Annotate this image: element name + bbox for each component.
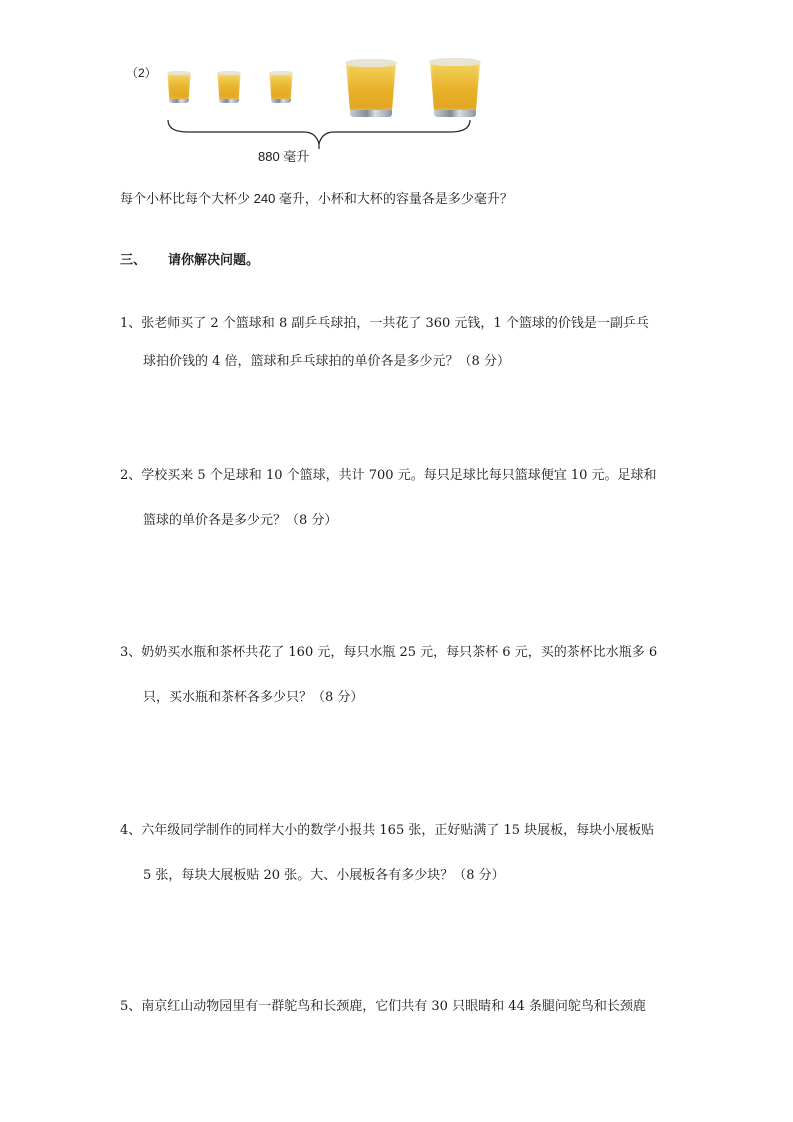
problem-text-line-1: 5、南京红山动物园里有一群鸵鸟和长颈鹿，它们共有 30 只眼睛和 44 条腿问鸵… xyxy=(120,995,680,1014)
problem-text-line-2: 只，买水瓶和茶杯各多少只？（8 分） xyxy=(120,686,680,705)
problem-text-line-2: 球拍价钱的 4 倍，篮球和乒乓球拍的单价各是多少元？（8 分） xyxy=(120,350,680,369)
problem-text-line-1: 1、张老师买了 2 个篮球和 8 副乒乓球拍，一共花了 360 元钱，1 个篮球… xyxy=(120,312,680,331)
problem-text-line-1: 3、奶奶买水瓶和茶杯共花了 160 元，每只水瓶 25 元，每只茶杯 6 元，买… xyxy=(120,641,680,660)
problem-text-line-1: 2、学校买来 5 个足球和 10 个篮球，共计 700 元。每只足球比每只篮球便… xyxy=(120,464,680,483)
section-number: 三、 xyxy=(120,249,168,268)
problem-2: 2、学校买来 5 个足球和 10 个篮球，共计 700 元。每只足球比每只篮球便… xyxy=(120,464,680,528)
section-heading: 三、请你解决问题。 xyxy=(120,249,259,268)
problem-text-line-1: 4、六年级同学制作的同样大小的数学小报共 165 张，正好贴满了 15 块展板，… xyxy=(120,819,680,838)
large-glass-icon xyxy=(345,59,397,117)
part-2-question: 每个小杯比每个大杯少 240 毫升，小杯和大杯的容量各是多少毫升？ xyxy=(120,188,513,207)
section-title: 请你解决问题。 xyxy=(168,253,259,268)
small-glass-icon xyxy=(167,71,191,103)
problem-4: 4、六年级同学制作的同样大小的数学小报共 165 张，正好贴满了 15 块展板，… xyxy=(120,819,680,883)
problem-3: 3、奶奶买水瓶和茶杯共花了 160 元，每只水瓶 25 元，每只茶杯 6 元，买… xyxy=(120,641,680,705)
curly-brace-icon xyxy=(166,118,472,150)
small-glass-icon xyxy=(217,71,241,103)
problem-text-line-2: 5 张，每块大展板贴 20 张。大、小展板各有多少块？（8 分） xyxy=(120,864,680,883)
large-glass-icon xyxy=(429,58,481,117)
small-glass-icon xyxy=(269,71,293,103)
part-2-label: （2） xyxy=(126,64,157,81)
problem-text-line-2: 篮球的单价各是多少元？（8 分） xyxy=(120,509,680,528)
problem-1: 1、张老师买了 2 个篮球和 8 副乒乓球拍，一共花了 360 元钱，1 个篮球… xyxy=(120,312,680,369)
total-volume-label: 880 毫升 xyxy=(258,146,309,165)
problem-5: 5、南京红山动物园里有一群鸵鸟和长颈鹿，它们共有 30 只眼睛和 44 条腿问鸵… xyxy=(120,995,680,1014)
